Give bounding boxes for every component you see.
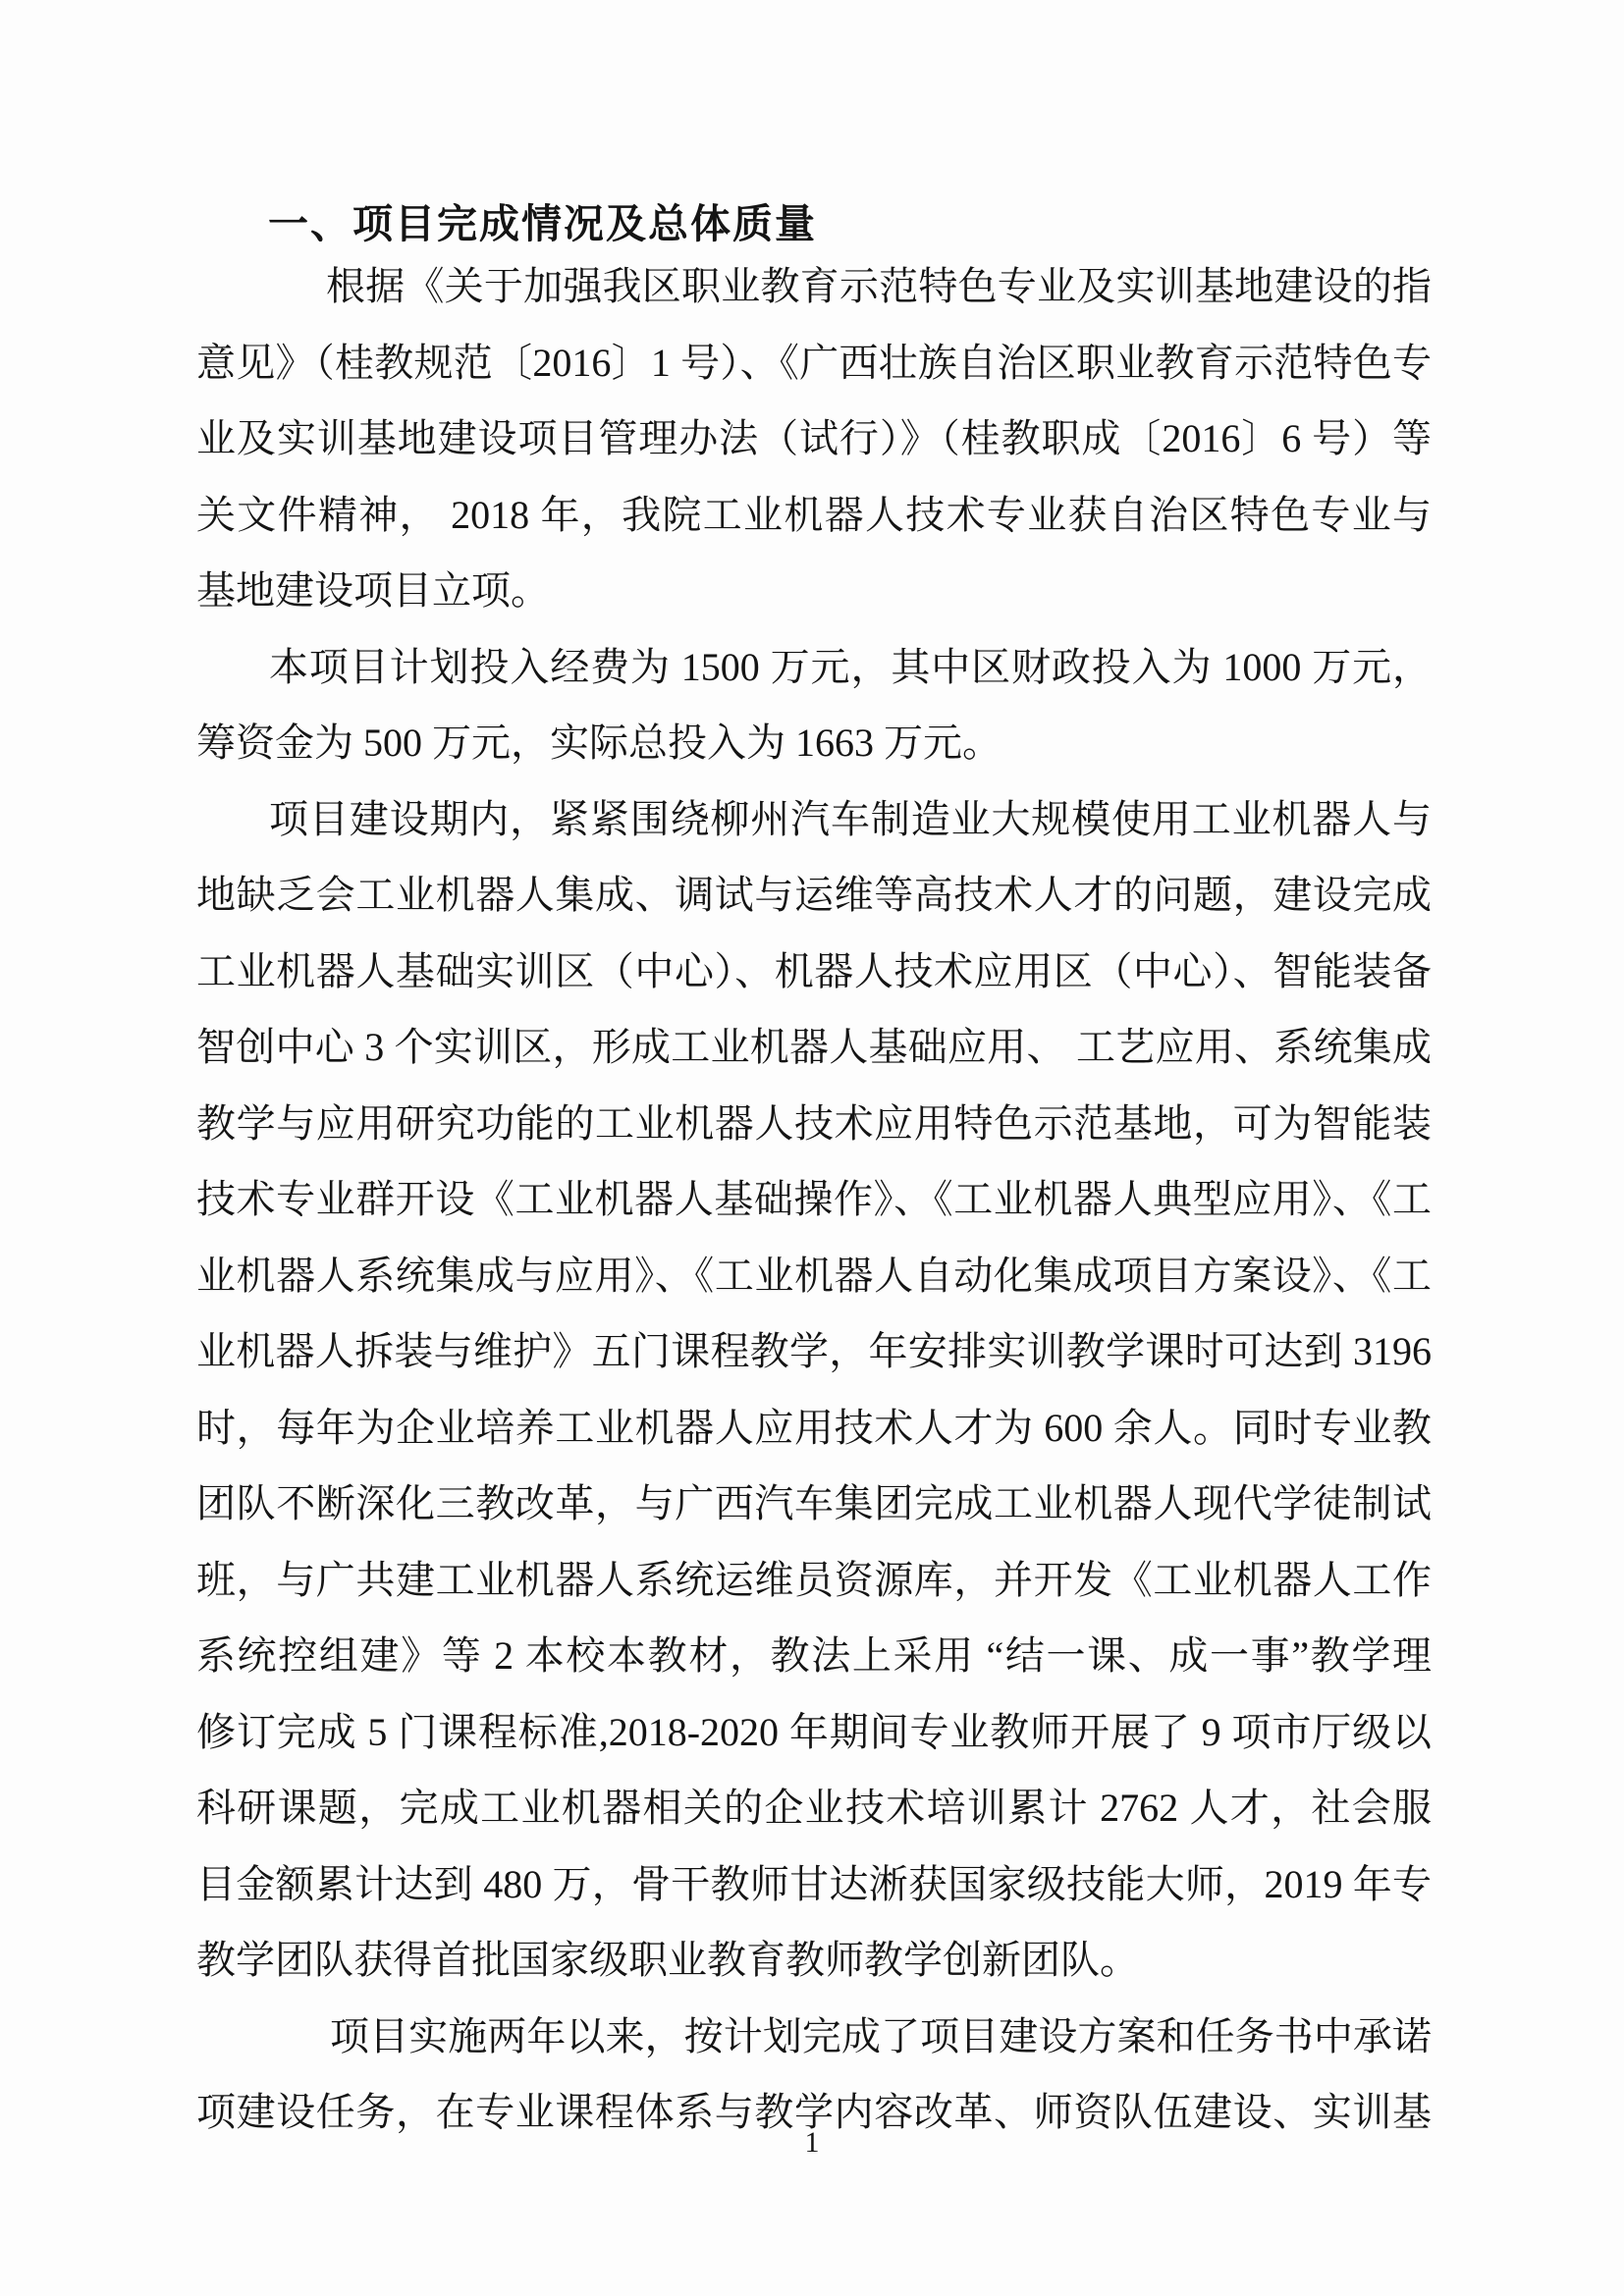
document-page: 一、项目完成情况及总体质量 根据《关于加强我区职业教育示范特色专业及实训基地建设… [0,0,1624,2296]
text-line: 项目实施两年以来，按计划完成了项目建设方案和任务书中承诺的各 [196,1999,1432,2075]
text-line: 根据《关于加强我区职业教育示范特色专业及实训基地建设的指导 [196,248,1432,325]
text-line: 意见》（桂教规范〔2016〕1 号）、《广西壮族自治区职业教育示范特色专 [196,325,1432,401]
text-line: 教学与应用研究功能的工业机器人技术应用特色示范基地，可为智能装备 [196,1086,1432,1162]
text-line: 工业机器人基础实训区（中心）、机器人技术应用区（中心）、智能装备 [196,934,1432,1010]
text-line: 时，每年为企业培养工业机器人应用技术人才为 600 余人。同时专业教师 [196,1390,1432,1467]
text-line: 关文件精神， 2018 年，我院工业机器人技术专业获自治区特色专业与实训 [196,477,1432,554]
text-line: 科研课题，完成工业机器相关的企业技术培训累计 2762 人才，社会服务项 [196,1770,1432,1846]
section-heading: 一、项目完成情况及总体质量 [196,199,1432,248]
text-line: 业机器人系统集成与应用》、《工业机器人自动化集成项目方案设》、《工 [196,1238,1432,1314]
text-line: 地缺乏会工业机器人集成、调试与运维等高技术人才的问题，建设完成了 [196,857,1432,934]
text-line: 基地建设项目立项。 [196,553,1432,629]
text-line: 筹资金为 500 万元，实际总投入为 1663 万元。 [196,705,1432,781]
text-line: 修订完成 5 门课程标准,2018-2020 年期间专业教师开展了 9 项市厅级… [196,1694,1432,1771]
text-line: 班，与广共建工业机器人系统运维员资源库，并开发《工业机器人工作站 [196,1542,1432,1619]
text-line: 目金额累计达到 480 万，骨干教师甘达淅获国家级技能大师，2019 年专业 [196,1846,1432,1923]
text-line: 技术专业群开设《工业机器人基础操作》、《工业机器人典型应用》、《工 [196,1161,1432,1238]
document-text-block: 一、项目完成情况及总体质量 根据《关于加强我区职业教育示范特色专业及实训基地建设… [196,199,1432,2151]
text-line: 团队不断深化三教改革，与广西汽车集团完成工业机器人现代学徒制试点 [196,1466,1432,1542]
text-line: 业机器人拆装与维护》五门课程教学，年安排实训教学课时可达到 3196 学 [196,1313,1432,1390]
text-line: 项目建设期内，紧紧围绕柳州汽车制造业大规模使用工业机器人与本 [196,781,1432,858]
text-line: 系统控组建》等 2 本校本教材，教法上采用 “结一课、成一事”教学理念， [196,1618,1432,1694]
text-line: 智创中心 3 个实训区，形成工业机器人基础应用、 工艺应用、系统集成等 [196,1009,1432,1086]
page-number: 1 [0,2126,1624,2160]
text-line: 教学团队获得首批国家级职业教育教师教学创新团队。 [196,1922,1432,1999]
text-line: 本项目计划投入经费为 1500 万元，其中区财政投入为 1000 万元，自 [196,629,1432,706]
body-text: 根据《关于加强我区职业教育示范特色专业及实训基地建设的指导意见》（桂教规范〔20… [196,248,1432,2151]
text-line: 业及实训基地建设项目管理办法（试行）》（桂教职成〔2016〕6 号）等有 [196,400,1432,477]
